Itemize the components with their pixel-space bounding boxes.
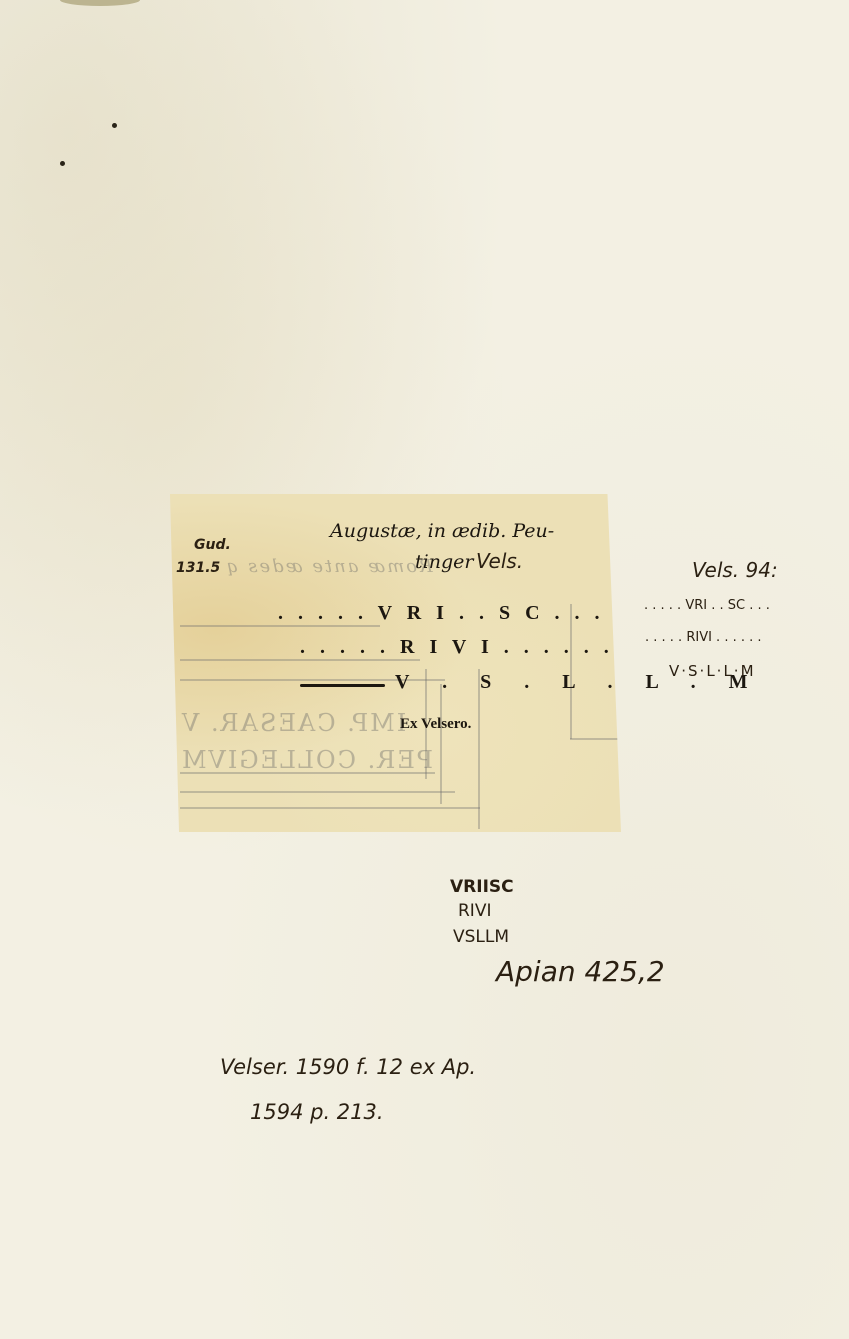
paper-stain [60,0,140,6]
margin-note-left-line2: 131.5 [176,560,220,576]
slip-heading-annotation: Vels. [476,549,523,573]
margin-note-right-title: Vels. 94: [692,558,778,582]
pin-hole [60,161,65,166]
slip-source: Ex Velsero. [400,716,471,733]
pin-hole [112,123,117,128]
center-note-line3: VSLLM [453,927,509,947]
bottom-note-line2: 1594 p. 213. [250,1100,384,1124]
center-note-line2: RIVI [458,901,491,921]
show-through-text: IMP. CAESAR. V [180,709,406,737]
center-note-reference: Apian 425,2 [496,955,665,988]
slip-heading-line2: tinger [415,551,473,573]
show-through-text: PER. COLLEGIVM [180,746,433,774]
margin-note-right-line2: . . . . . RIVI . . . . . . [645,630,762,645]
inscription-lacuna-mark [300,684,385,687]
margin-note-left-line1: Gud. [194,537,231,553]
bottom-note-line1: Velser. 1590 f. 12 ex Ap. [220,1055,476,1079]
margin-note-right-line3: V·S·L·L·M [669,662,756,680]
inscription-line-1: . . . . . V R I . . S C . . . [278,602,605,625]
show-through-text: Romæ ante ædes q [225,556,433,577]
margin-note-right-line1: . . . . . VRI . . SC . . . [644,598,770,613]
printed-slip: Romæ ante ædes q IMP. CAESAR. V PER. COL… [170,494,621,832]
center-note-line1: VRIISC [450,877,514,897]
inscription-line-2: . . . . . R I V I . . . . . . [300,636,614,659]
slip-heading-line1: Augustæ, in ædib. Peu- [330,520,554,542]
